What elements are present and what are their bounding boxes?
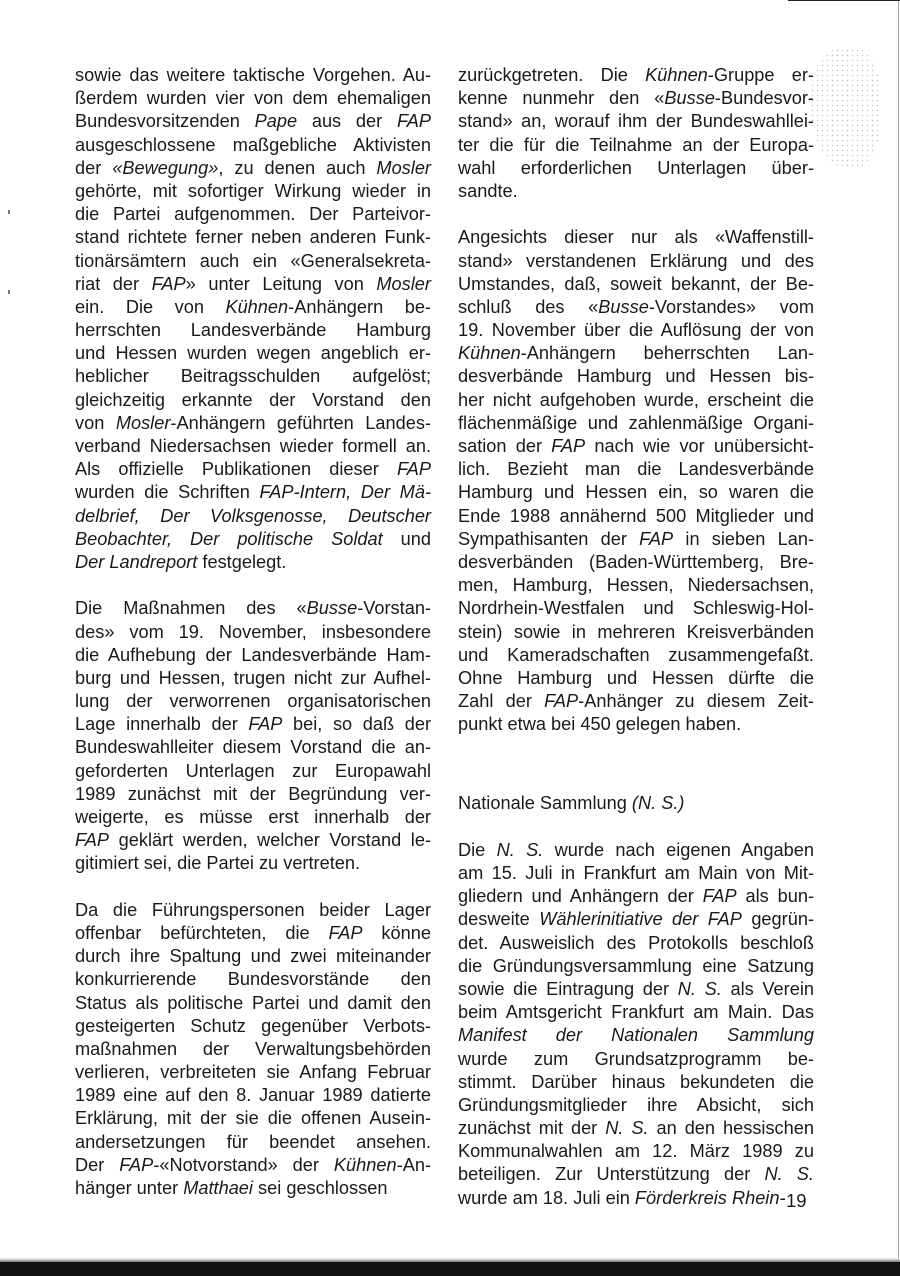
text-line: Sympathisanten der FAP in sieben Lan-	[458, 528, 814, 551]
text-line: gehörte, mit sofortiger Wirkung wieder i…	[75, 180, 431, 203]
text-line: Status als politische Partei und damit d…	[75, 992, 431, 1015]
text-line: det. Ausweislich des Protokolls beschloß	[458, 932, 814, 955]
margin-mark	[8, 290, 10, 294]
text-line: sandte.	[458, 180, 814, 203]
text-line: stand» verstandenen Erklärung und des	[458, 250, 814, 273]
text-line: wurde zum Grundsatzprogramm be-	[458, 1048, 814, 1071]
text-line: hänger unter Matthaei sei geschlossen	[75, 1177, 431, 1200]
text-line: stand» an, worauf ihm der Bundeswahllei-	[458, 110, 814, 133]
left-column: sowie das weitere taktische Vorgehen. Au…	[75, 64, 431, 1200]
text-line: maßnahmen der Verwaltungsbehörden	[75, 1038, 431, 1061]
text-line: ßerdem wurden vier von dem ehemaligen	[75, 87, 431, 110]
scan-bottom-border	[0, 1262, 900, 1276]
text-line: Hamburg und Hessen ein, so waren die	[458, 481, 814, 504]
text-line: sowie die Eintragung der N. S. als Verei…	[458, 978, 814, 1001]
top-rule	[788, 0, 900, 1]
page-number: 19	[786, 1190, 807, 1212]
text-line: zunächst mit der N. S. an den hessischen	[458, 1117, 814, 1140]
text-line: Bundeswahlleiter diesem Vorstand die an-	[75, 736, 431, 759]
text-line: burg und Hessen, trugen nicht zur Aufhel…	[75, 667, 431, 690]
text-line: desverbände Hamburg und Hessen bis-	[458, 365, 814, 388]
text-line: kenne nunmehr den «Busse-Bundesvor-	[458, 87, 814, 110]
text-line: Nordrhein-Westfalen und Schleswig-Hol-	[458, 597, 814, 620]
text-line: delbrief, Der Volksgenosse, Deutscher	[75, 505, 431, 528]
text-line: verlieren, verbreiteten sie Anfang Febru…	[75, 1061, 431, 1084]
text-line: verband Niedersachsen wieder formell an.	[75, 435, 431, 458]
text-line: Kühnen-Anhängern beherrschten Lan-	[458, 342, 814, 365]
text-line: wurden die Schriften FAP-Intern, Der Mä-	[75, 481, 431, 504]
text-line: stimmt. Darüber hinaus bekundeten die	[458, 1071, 814, 1094]
text-line: Gründungsmitglieder ihre Absicht, sich	[458, 1094, 814, 1117]
text-line: sation der FAP nach wie vor unübersicht-	[458, 435, 814, 458]
text-line: 1989 zunächst mit der Begründung ver-	[75, 783, 431, 806]
paragraph: Angesichts dieser nur als «Waffenstill-s…	[458, 226, 814, 736]
text-line: stein) sowie in mehreren Kreisverbänden	[458, 621, 814, 644]
text-line: die Aufhebung der Landesverbände Ham-	[75, 644, 431, 667]
text-line: desverbänden (Baden-Württemberg, Bre-	[458, 551, 814, 574]
text-line: am 15. Juli in Frankfurt am Main von Mit…	[458, 862, 814, 885]
text-line: von Mosler-Anhängern geführten Landes-	[75, 412, 431, 435]
text-line: Der Landreport festgelegt.	[75, 551, 431, 574]
text-line: 19. November über die Auflösung der von	[458, 319, 814, 342]
text-line: und Kameradschaften zusammengefaßt.	[458, 644, 814, 667]
text-line: tionärsämtern auch ein «Generalsekreta-	[75, 250, 431, 273]
text-line: herrschten Landesverbände Hamburg	[75, 319, 431, 342]
text-line: ein. Die von Kühnen-Anhängern be-	[75, 296, 431, 319]
text-line: Ohne Hamburg und Hessen dürfte die	[458, 667, 814, 690]
text-line: punkt etwa bei 450 gelegen haben.	[458, 713, 814, 736]
text-line: her nicht aufgehoben wurde, erscheint di…	[458, 389, 814, 412]
text-line: Lage innerhalb der FAP bei, so daß der	[75, 713, 431, 736]
text-line: 1989 eine auf den 8. Januar 1989 datiert…	[75, 1084, 431, 1107]
text-line: weigerte, es müsse erst innerhalb der	[75, 806, 431, 829]
text-line: durch ihre Spaltung und zwei miteinander	[75, 945, 431, 968]
text-line: Als offizielle Publikationen dieser FAP	[75, 458, 431, 481]
text-line: stand richtete ferner neben anderen Funk…	[75, 226, 431, 249]
text-line: gliedern und Anhängern der FAP als bun-	[458, 885, 814, 908]
text-line: lich. Bezieht man die Landesverbände	[458, 458, 814, 481]
scan-stipple-artifact	[810, 48, 880, 168]
text-line: desweite Wählerinitiative der FAP gegrün…	[458, 908, 814, 931]
text-line: Beobachter, Der politische Soldat und	[75, 528, 431, 551]
text-line: Erklärung, mit der sie die offenen Ausei…	[75, 1107, 431, 1130]
text-line: beteiligen. Zur Unterstützung der N. S.	[458, 1163, 814, 1186]
text-line: Zahl der FAP-Anhänger zu diesem Zeit-	[458, 690, 814, 713]
text-line: Kommunalwahlen am 12. März 1989 zu	[458, 1140, 814, 1163]
text-line: Angesichts dieser nur als «Waffenstill-	[458, 226, 814, 249]
text-line: FAP geklärt werden, welcher Vorstand le-	[75, 829, 431, 852]
text-line: flächenmäßige und zahlenmäßige Organi-	[458, 412, 814, 435]
text-line: und Hessen wurden wegen angeblich er-	[75, 342, 431, 365]
text-line: die Partei aufgenommen. Der Parteivor-	[75, 203, 431, 226]
text-line: schluß des «Busse-Vorstandes» vom	[458, 296, 814, 319]
text-line: andersetzungen für beendet ansehen.	[75, 1131, 431, 1154]
right-column: zurückgetreten. Die Kühnen-Gruppe er-ken…	[458, 64, 814, 1210]
text-line: riat der FAP» unter Leitung von Mosler	[75, 273, 431, 296]
text-line: beim Amtsgericht Frankfurt am Main. Das	[458, 1001, 814, 1024]
text-line: Bundesvorsitzenden Pape aus der FAP	[75, 110, 431, 133]
text-line: gleichzeitig erkannte der Vorstand den	[75, 389, 431, 412]
paragraph: sowie das weitere taktische Vorgehen. Au…	[75, 64, 431, 574]
text-line: zurückgetreten. Die Kühnen-Gruppe er-	[458, 64, 814, 87]
text-line: men, Hamburg, Hessen, Niedersachsen,	[458, 574, 814, 597]
text-line: heblicher Beitragsschulden aufgelöst;	[75, 365, 431, 388]
document-page: sowie das weitere taktische Vorgehen. Au…	[0, 0, 900, 1276]
text-line: lung der verworrenen organisatorischen	[75, 690, 431, 713]
text-line: Da die Führungspersonen beider Lager	[75, 899, 431, 922]
text-line: gesteigerten Schutz gegenüber Verbots-	[75, 1015, 431, 1038]
text-line: wurde am 18. Juli ein Förderkreis Rhein-	[458, 1187, 814, 1210]
text-line: Die N. S. wurde nach eigenen Angaben	[458, 839, 814, 862]
margin-mark	[8, 210, 10, 214]
paragraph: Da die Führungspersonen beider Lageroffe…	[75, 899, 431, 1200]
section-heading: Nationale Sammlung (N. S.)	[458, 792, 814, 815]
text-line: gitimiert sei, die Partei zu vertreten.	[75, 852, 431, 875]
text-line: konkurrierende Bundesvorstände den	[75, 968, 431, 991]
text-line: Die Maßnahmen des «Busse-Vorstan-	[75, 597, 431, 620]
text-line: die Gründungsversammlung eine Satzung	[458, 955, 814, 978]
page-edge	[898, 0, 899, 1276]
text-line: ter die für die Teilnahme an der Europa-	[458, 134, 814, 157]
text-line: Ende 1988 annähernd 500 Mitglieder und	[458, 505, 814, 528]
text-line: Der FAP-«Notvorstand» der Kühnen-An-	[75, 1154, 431, 1177]
text-line: Umstandes, daß, soweit bekannt, der Be-	[458, 273, 814, 296]
paragraph: Die N. S. wurde nach eigenen Angabenam 1…	[458, 839, 814, 1210]
text-line: Manifest der Nationalen Sammlung	[458, 1024, 814, 1047]
text-line: sowie das weitere taktische Vorgehen. Au…	[75, 64, 431, 87]
text-line: geforderten Unterlagen zur Europawahl	[75, 760, 431, 783]
text-line: der «Bewegung», zu denen auch Mosler	[75, 157, 431, 180]
text-line: wahl erforderlichen Unterlagen über-	[458, 157, 814, 180]
paragraph: Die Maßnahmen des «Busse-Vorstan-des» vo…	[75, 597, 431, 875]
text-line: des» vom 19. November, insbesondere	[75, 621, 431, 644]
paragraph: zurückgetreten. Die Kühnen-Gruppe er-ken…	[458, 64, 814, 203]
text-line: offenbar befürchteten, die FAP könne	[75, 922, 431, 945]
text-line: ausgeschlossene maßgebliche Aktivisten	[75, 134, 431, 157]
